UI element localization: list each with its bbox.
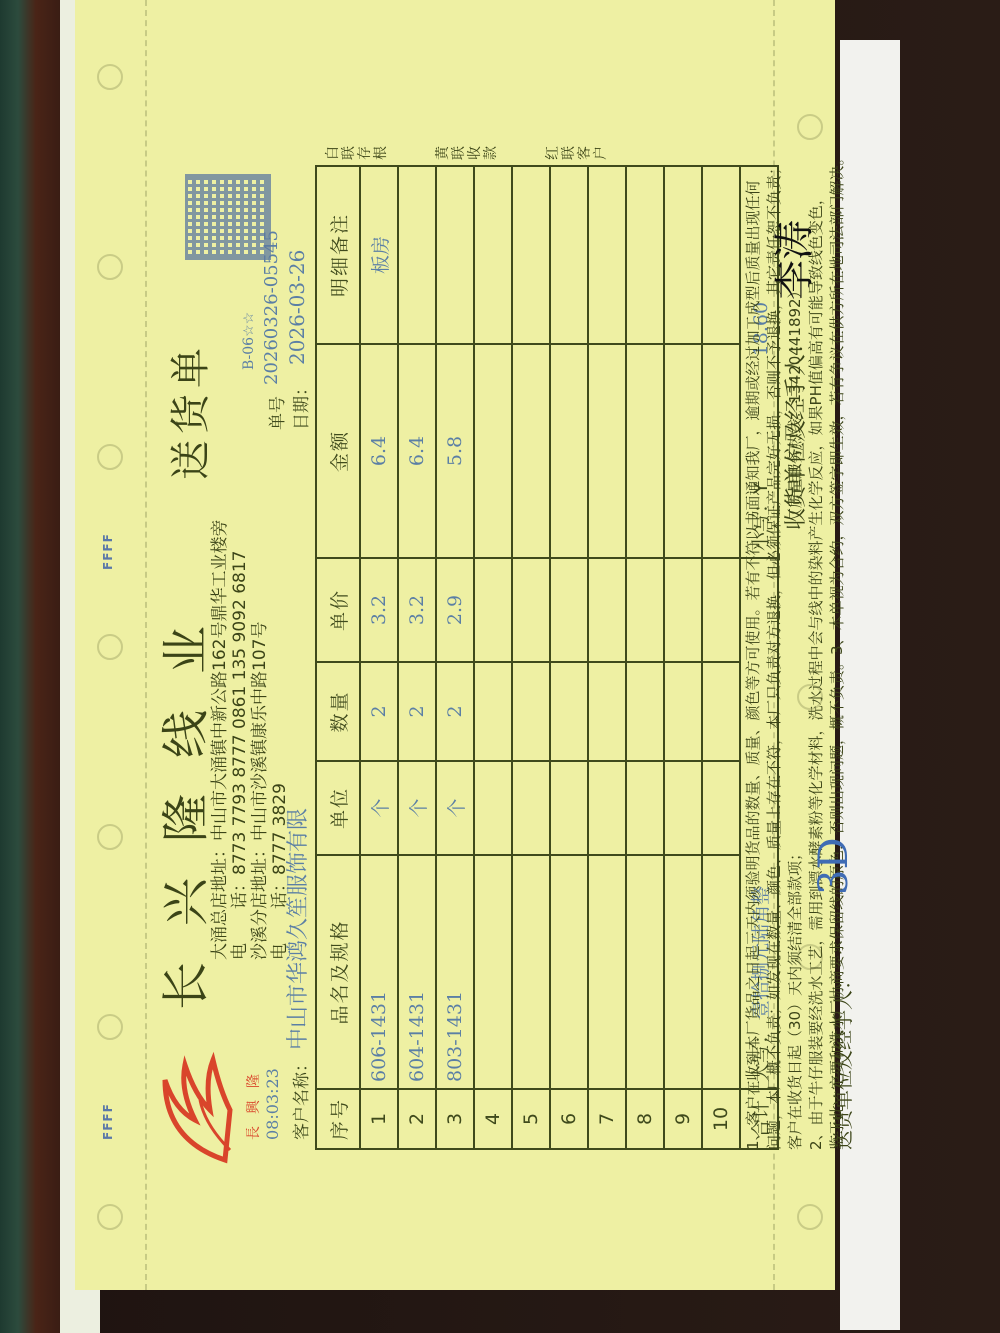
cell-name: 803-1431 [436,855,474,1089]
cell-no: 10 [702,1089,740,1149]
cell-qty: 2 [360,662,398,761]
copy-white-label: 白联存根 [325,142,389,160]
terms-line: 2、由于牛仔服装要经洗水工艺，需用到漂水酵素粉等化学材料，洗水过程中会与线中的染… [806,150,827,1150]
date-label: 日期： [287,379,312,430]
order-no-label: 单号 [263,396,288,430]
punch-hole [97,64,123,90]
cell-no: 2 [398,1089,436,1149]
cell-no: 8 [626,1089,664,1149]
cell-amount: 6.4 [398,344,436,558]
cell-amount: 5.8 [436,344,474,558]
header-name: 品名及规格 [316,855,360,1089]
table-row: 8 [626,166,664,1149]
order-prefix: B-06☆☆ [241,312,257,370]
customer-label: 客户名称： [287,1055,312,1140]
header-no: 序号 [316,1089,360,1149]
logo-text: 長興隆 [243,1062,263,1140]
document-title: 送货单 [159,342,216,480]
cell-price: 3.2 [398,558,436,662]
cell-no: 1 [360,1089,398,1149]
cell-price: 2.9 [436,558,474,662]
cell-note: 板房 [360,166,398,344]
punch-hole [97,254,123,280]
punch-hole [97,634,123,660]
header-amount: 金额 [316,344,360,558]
cell-no: 3 [436,1089,474,1149]
sender-signature-label: 送货单位及经手人： [827,970,856,1150]
receiver-signature: 李涛 [763,220,820,300]
date-value: 2026-03-26 [285,250,309,365]
print-time: 08:03:23 [263,1068,282,1140]
table-edge [0,0,60,1333]
customer-name: 中山市华鸿久笙服饰有限 [281,808,312,1050]
table-row: 1 606-1431 个 2 3.2 6.4 板房 [360,166,398,1149]
cell-qty: 2 [436,662,474,761]
delivery-note: FFFF FFFF 長興隆 长兴隆线业 送货单 大涌总店地址：中山市大涌镇中新公… [75,0,835,1290]
table-row: 7 [588,166,626,1149]
table-header-row: 序号 品名及规格 单位 数量 单价 金额 明细备注 [316,166,360,1149]
table-row: 2 604-1431 个 2 3.2 6.4 [398,166,436,1149]
cell-price: 3.2 [360,558,398,662]
header-unit: 单位 [316,761,360,855]
receiver-signature-label: 收货单位及经手人： [779,332,810,530]
company-logo-icon [155,1050,245,1170]
header-price: 单价 [316,558,360,662]
header-qty: 数量 [316,662,360,761]
table-row: 3 803-1431 个 2 2.9 5.8 [436,166,474,1149]
cell-name: 604-1431 [398,855,436,1089]
cell-name: 606-1431 [360,855,398,1089]
cell-no: 5 [512,1089,550,1149]
terms-line: 1、客户在收到本厂货品之日起三天内须验明货品的数量、质量、颜色等方可使用。若有不… [743,150,764,1150]
perforation-code: FFFF [101,533,115,570]
table-row: 5 [512,166,550,1149]
perforation-code: FFFF [101,1103,115,1140]
punch-hole [797,114,823,140]
cell-note [398,166,436,344]
cell-no: 4 [474,1089,512,1149]
cell-unit: 个 [398,761,436,855]
header-note: 明细备注 [316,166,360,344]
table-row: 4 [474,166,512,1149]
cell-note [436,166,474,344]
terms-line: 问题，本厂概不负责；如发现在数量、颜色、质量上存在不符，本厂只负责对方退换，但必… [764,150,785,1150]
punch-hole [97,444,123,470]
qr-code-icon [185,174,271,260]
cell-unit: 个 [436,761,474,855]
terms-line: 客户在收货日起（30）天内须结清全部款项；（质量服务热线：13420441892… [785,150,806,1150]
punch-hole [97,1204,123,1230]
cell-unit: 个 [360,761,398,855]
table-row: 9 [664,166,702,1149]
punch-hole [97,1014,123,1040]
cell-amount: 6.4 [360,344,398,558]
cell-no: 9 [664,1089,702,1149]
table-row: 6 [550,166,588,1149]
cell-no: 6 [550,1089,588,1149]
table-row: 10 [702,166,740,1149]
cell-no: 7 [588,1089,626,1149]
items-table: 序号 品名及规格 单位 数量 单价 金额 明细备注 1 606-1431 个 2… [315,165,779,1150]
punch-hole [97,824,123,850]
sender-signature: 3D [811,837,857,895]
copy-red-label: 红联客户 [545,142,609,160]
copy-yellow-label: 黄联收款 [435,142,499,160]
punch-hole [797,1204,823,1230]
cell-qty: 2 [398,662,436,761]
